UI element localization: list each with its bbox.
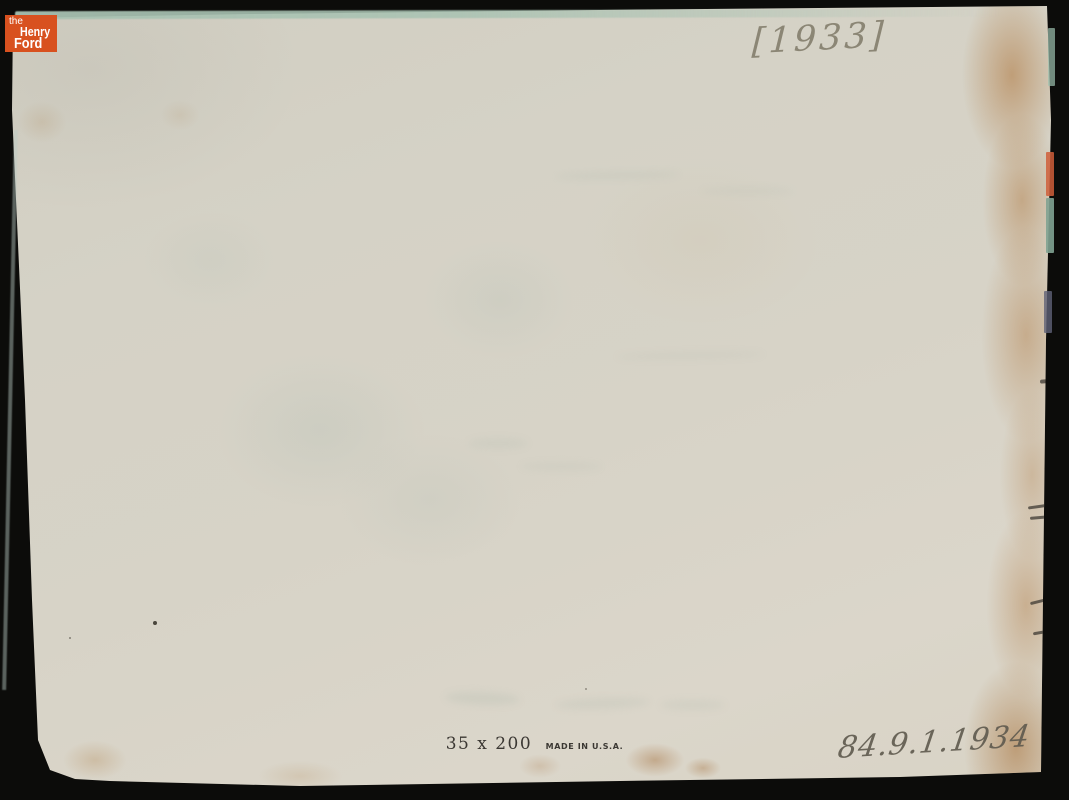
backing-sheet-chip-orange — [1046, 152, 1054, 196]
edge-ink-mark — [1040, 378, 1060, 383]
photo-verso-paper — [0, 0, 1069, 800]
bleed-through-mark — [555, 171, 680, 180]
pencil-year-annotation: [1933] — [751, 14, 913, 63]
bleed-through-mark — [445, 691, 520, 707]
bleed-through-mark — [520, 462, 602, 471]
edge-ink-mark — [1033, 630, 1049, 636]
paper-speck — [69, 637, 71, 639]
edge-ink-mark — [1030, 598, 1048, 605]
edge-ink-mark — [1028, 503, 1050, 509]
backing-sheet-chip-teal — [1048, 28, 1055, 86]
edge-ink-mark — [1030, 515, 1050, 520]
bleed-through-mark — [700, 188, 795, 194]
bleed-through-mark — [660, 700, 725, 710]
backing-sheet-edge-left — [2, 130, 18, 690]
stamp-size-text: 35 x 200 — [446, 734, 532, 754]
logo-word-ford: Ford — [14, 35, 42, 52]
scanned-document-page: { "logo": { "word1": "the", "word2": "He… — [0, 0, 1069, 800]
backing-sheet-chip-teal — [1046, 198, 1054, 253]
henry-ford-logo: the Henry Ford — [5, 15, 57, 52]
stamp-origin-text: MADE IN U.S.A. — [546, 742, 624, 751]
bleed-through-mark — [468, 438, 528, 449]
backing-sheet-chip-purple — [1044, 291, 1052, 333]
paper-speck — [153, 621, 157, 625]
paper-speck — [585, 688, 587, 690]
bleed-through-mark — [615, 351, 765, 361]
bleed-through-mark — [555, 696, 650, 710]
